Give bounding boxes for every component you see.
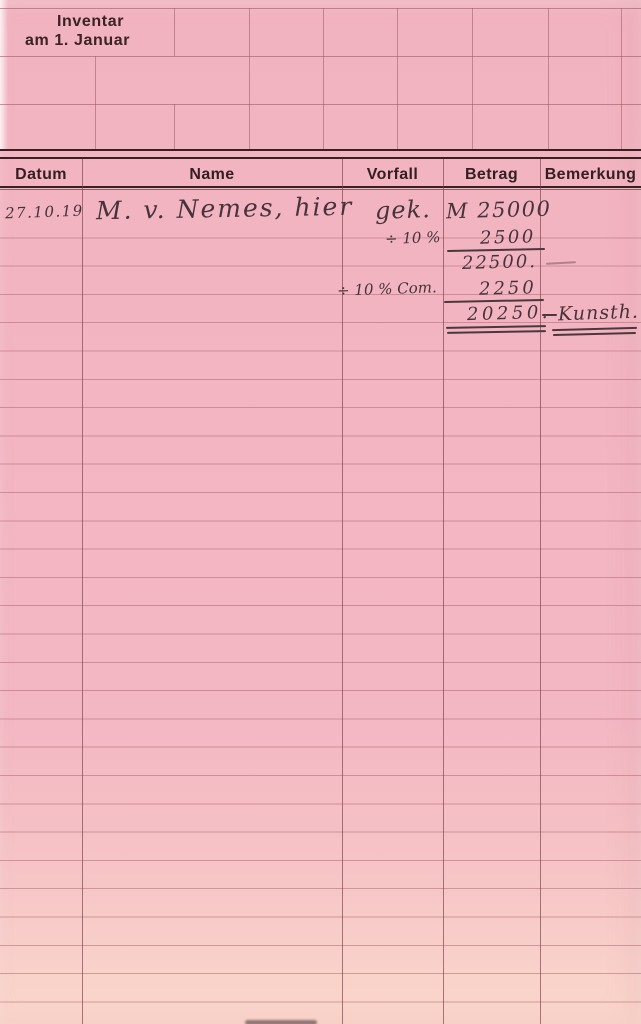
- column-line-betrag-bemerkung: [540, 159, 541, 1024]
- entry-amount: M 25000: [446, 197, 552, 224]
- bottom-edge-smudge: [245, 1020, 317, 1024]
- top-grid-line: [472, 8, 473, 149]
- top-grid-line: [548, 8, 549, 149]
- total-dash: [542, 314, 557, 316]
- top-grid-line: [174, 104, 175, 149]
- entry-remark: Kunsth.: [558, 301, 640, 326]
- entry-discount2-label: ÷ 10 % Com.: [337, 278, 437, 299]
- header-underline: [0, 186, 641, 188]
- entry-total: 20250.: [467, 302, 552, 325]
- top-grid-line: [397, 8, 398, 149]
- top-grid-line: [95, 56, 96, 149]
- column-header-datum: Datum: [0, 164, 82, 186]
- entry-event: gek.: [375, 195, 432, 225]
- column-line-datum-name: [82, 159, 83, 1024]
- top-grid-line: [0, 104, 641, 105]
- ledger-card: Inventar am 1. Januar Datum Name Vorfall…: [0, 0, 641, 1024]
- top-grid-line: [323, 8, 324, 149]
- column-header-betrag: Betrag: [443, 164, 540, 186]
- double-rule-bottom: [0, 157, 641, 159]
- entry-discount1-label: ÷ 10 %: [385, 228, 441, 248]
- card-title-line2: am 1. Januar: [25, 31, 130, 50]
- entry-discount2-value: 2250: [479, 277, 537, 300]
- top-grid-line: [0, 8, 641, 9]
- entry-discount1-value: 2500: [480, 226, 536, 248]
- card-title: Inventar am 1. Januar: [25, 12, 130, 50]
- entry-subtotal: 22500.: [462, 251, 538, 274]
- top-grid-line: [174, 8, 175, 56]
- double-rule-top: [0, 149, 641, 151]
- card-edge-highlight: [0, 0, 8, 150]
- column-header-name: Name: [82, 164, 342, 186]
- top-grid-line: [0, 56, 641, 57]
- header-underline-echo: [0, 189, 641, 190]
- entry-date: 27.10.19: [5, 202, 84, 223]
- entry-name: M. v. Nemes, hier: [96, 192, 354, 225]
- card-title-line1: Inventar: [25, 12, 130, 31]
- top-grid-line: [249, 8, 250, 149]
- column-line-vorfall-betrag: [443, 159, 444, 1024]
- column-header-bemerkung: Bemerkung: [540, 164, 641, 186]
- top-grid-line: [621, 8, 622, 149]
- column-header-vorfall: Vorfall: [342, 164, 443, 186]
- ruled-lines: [0, 210, 641, 1022]
